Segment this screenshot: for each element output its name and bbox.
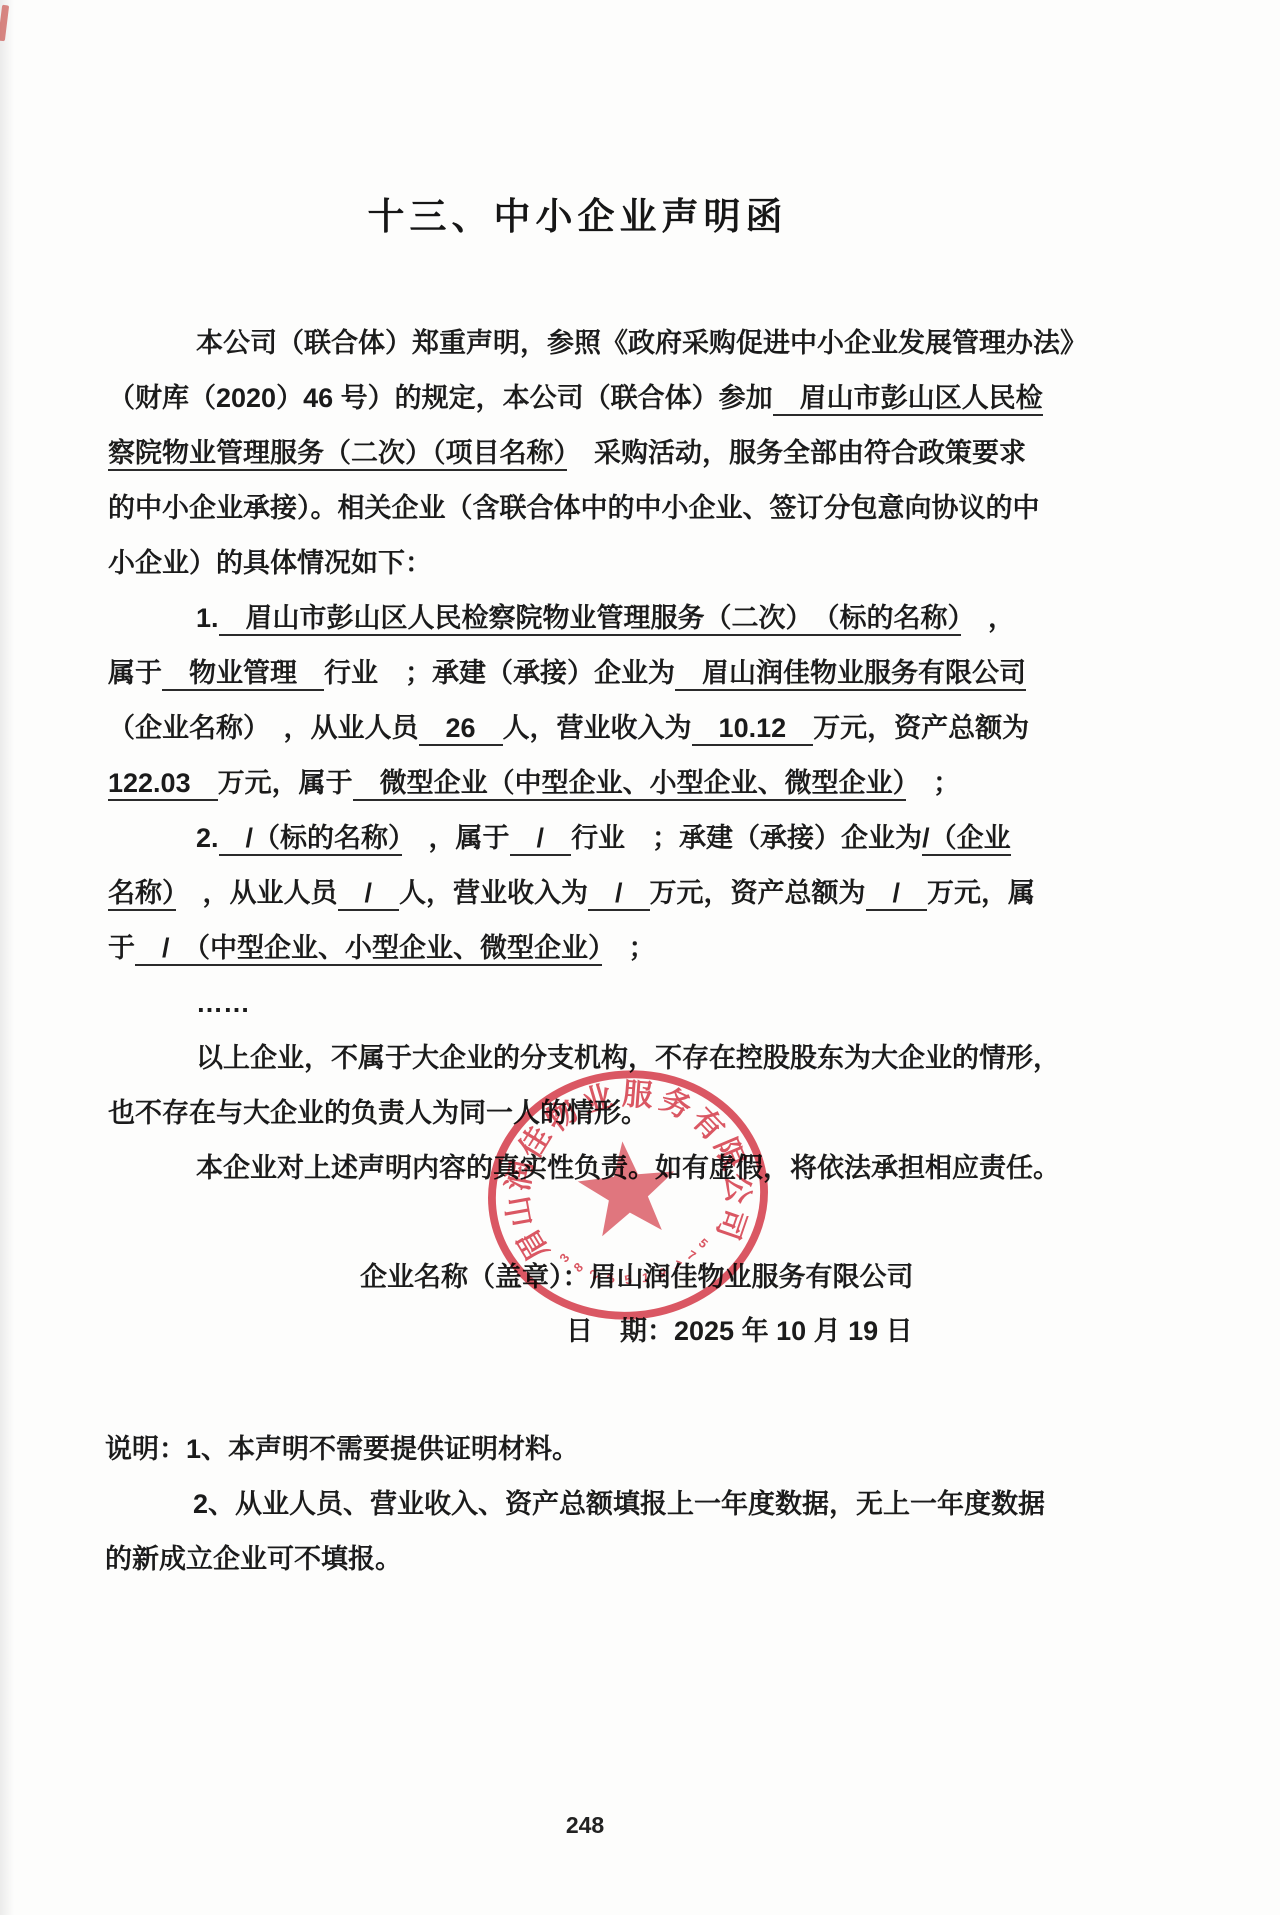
note-item-1: 1、本声明不需要提供证明材料。 — [186, 1434, 579, 1464]
line-text: 万元，资产总额为 — [650, 878, 866, 908]
seal-char: 山 — [500, 1194, 539, 1230]
line-text: 以上企业，不属于大企业的分支机构，不存在控股股东为大企业的情形， — [196, 1043, 1060, 1073]
line-text: （财库（2020）46 号）的规定，本公司（联合体）参加 — [108, 383, 773, 413]
company-seal-label: 企业名称（盖章）： — [360, 1262, 590, 1292]
filled-blank: 眉山市彭山区人民检察院物业管理服务（二次） （标的名称） — [219, 603, 962, 636]
filled-blank: 122.03 — [108, 768, 218, 801]
body-line: 2. /（标的名称） ，属于 / 行业 ；承建（承接）企业为/（企业 — [108, 811, 1076, 866]
filled-blank: 26 — [419, 713, 503, 746]
line-text: ，从业人员 — [176, 878, 338, 908]
line-text: 的中小企业承接）。相关企业（含联合体中的中小企业、签订分包意向协议的中 — [108, 493, 1040, 523]
seal-char: 司 — [710, 1204, 752, 1244]
filled-blank: 眉山市彭山区人民检 — [773, 383, 1043, 416]
filled-blank: 眉山润佳物业服务有限公司 — [675, 658, 1026, 691]
filled-blank: / （中型企业、小型企业、微型企业） — [135, 933, 602, 966]
body-line: …… — [108, 976, 1076, 1031]
line-text: …… — [196, 988, 250, 1018]
filled-blank: 名称） — [108, 878, 176, 911]
line-text: 行业 ；承建（承接）企业为 — [571, 823, 922, 853]
filled-blank: 微型企业（中型企业、小型企业、微型企业） — [353, 768, 907, 801]
body-line: 122.03 万元，属于 微型企业（中型企业、小型企业、微型企业） ； — [108, 756, 1076, 811]
line-text: 万元，属 — [927, 878, 1035, 908]
filled-blank: /（企业 — [922, 823, 1011, 856]
line-text: ； — [906, 768, 960, 798]
scan-red-mark — [0, 5, 9, 42]
body-line: 小企业）的具体情况如下： — [108, 536, 1076, 591]
document-title: 十三、中小企业声明函 — [0, 186, 1155, 240]
body-line: 本公司（联合体）郑重声明，参照《政府采购促进中小企业发展管理办法》 — [108, 316, 1076, 371]
body-line: （财库（2020）46 号）的规定，本公司（联合体）参加 眉山市彭山区人民检 — [108, 371, 1076, 426]
page-number: 248 — [535, 1812, 635, 1839]
filled-blank: / — [866, 878, 928, 911]
line-text: 属于 — [108, 658, 162, 688]
note-line-3: 的新成立企业可不填报。 — [105, 1532, 1045, 1587]
line-text: 万元，资产总额为 — [813, 713, 1029, 743]
declaration-body: 本公司（联合体）郑重声明，参照《政府采购促进中小企业发展管理办法》（财库（202… — [108, 316, 1076, 1196]
line-text: 本公司（联合体）郑重声明，参照《政府采购促进中小企业发展管理办法》 — [196, 328, 1087, 358]
body-line: 的中小企业承接）。相关企业（含联合体中的中小企业、签订分包意向协议的中 — [108, 481, 1076, 536]
notes-label: 说明： — [105, 1434, 186, 1464]
body-line: 名称） ，从业人员 / 人，营业收入为 / 万元，资产总额为 / 万元，属 — [108, 866, 1076, 921]
body-line: 察院物业管理服务（二次）（项目名称） 采购活动，服务全部由符合政策要求 — [108, 426, 1076, 481]
line-text: 采购活动，服务全部由符合政策要求 — [567, 438, 1026, 468]
body-line: 以上企业，不属于大企业的分支机构，不存在控股股东为大企业的情形， — [108, 1031, 1076, 1086]
filled-blank: /（标的名称） — [219, 823, 402, 856]
body-line: 也不存在与大企业的负责人为同一人的情形。 — [108, 1086, 1076, 1141]
signature-company-line: 企业名称（盖章）：眉山润佳物业服务有限公司 — [360, 1255, 914, 1294]
line-text: 也不存在与大企业的负责人为同一人的情形。 — [108, 1098, 648, 1128]
line-text: 于 — [108, 933, 135, 963]
filled-blank: / — [588, 878, 650, 911]
notes-section: 说明：1、本声明不需要提供证明材料。 2、从业人员、营业收入、资产总额填报上一年… — [105, 1422, 1045, 1587]
line-text: 2. — [196, 823, 219, 853]
seal-serial-digit: 5 — [696, 1235, 711, 1251]
body-line: 1. 眉山市彭山区人民检察院物业管理服务（二次） （标的名称） ， — [108, 591, 1076, 646]
line-text: ； — [602, 933, 656, 963]
body-line: （企业名称） ，从业人员 26 人，营业收入为 10.12 万元，资产总额为 — [108, 701, 1076, 756]
line-text: 人，营业收入为 — [503, 713, 692, 743]
filled-blank: 物业管理 — [162, 658, 324, 691]
filled-blank: 10.12 — [692, 713, 814, 746]
filled-blank: / — [338, 878, 400, 911]
filled-blank: 察院物业管理服务（二次）（项目名称） — [108, 438, 567, 471]
line-text: 本企业对上述声明内容的真实性负责。如有虚假，将依法承担相应责任。 — [196, 1153, 1060, 1183]
company-name-value: 眉山润佳物业服务有限公司 — [590, 1262, 914, 1292]
line-text: 小企业）的具体情况如下： — [108, 548, 432, 578]
line-text: ， — [961, 603, 1015, 633]
line-text: （企业名称） ，从业人员 — [108, 713, 419, 743]
date-value: 2025 年 10 月 19 日 — [674, 1316, 913, 1346]
body-line: 属于 物业管理 行业 ；承建（承接）企业为 眉山润佳物业服务有限公司 — [108, 646, 1076, 701]
line-text: 万元，属于 — [218, 768, 353, 798]
document-page: 十三、中小企业声明函 本公司（联合体）郑重声明，参照《政府采购促进中小企业发展管… — [0, 0, 1280, 1915]
body-line: 本企业对上述声明内容的真实性负责。如有虚假，将依法承担相应责任。 — [108, 1141, 1076, 1196]
line-text: 1. — [196, 603, 219, 633]
note-line-2: 2、从业人员、营业收入、资产总额填报上一年度数据，无上一年度数据 — [105, 1477, 1045, 1532]
line-text: 人，营业收入为 — [399, 878, 588, 908]
body-line: 于 / （中型企业、小型企业、微型企业） ； — [108, 921, 1076, 976]
note-line-1: 说明：1、本声明不需要提供证明材料。 — [105, 1422, 1045, 1477]
line-text: 行业 ；承建（承接）企业为 — [324, 658, 675, 688]
date-label: 日 期： — [566, 1316, 674, 1346]
line-text: ，属于 — [402, 823, 510, 853]
filled-blank: / — [510, 823, 572, 856]
signature-date-line: 日 期：2025 年 10 月 19 日 — [566, 1309, 913, 1348]
